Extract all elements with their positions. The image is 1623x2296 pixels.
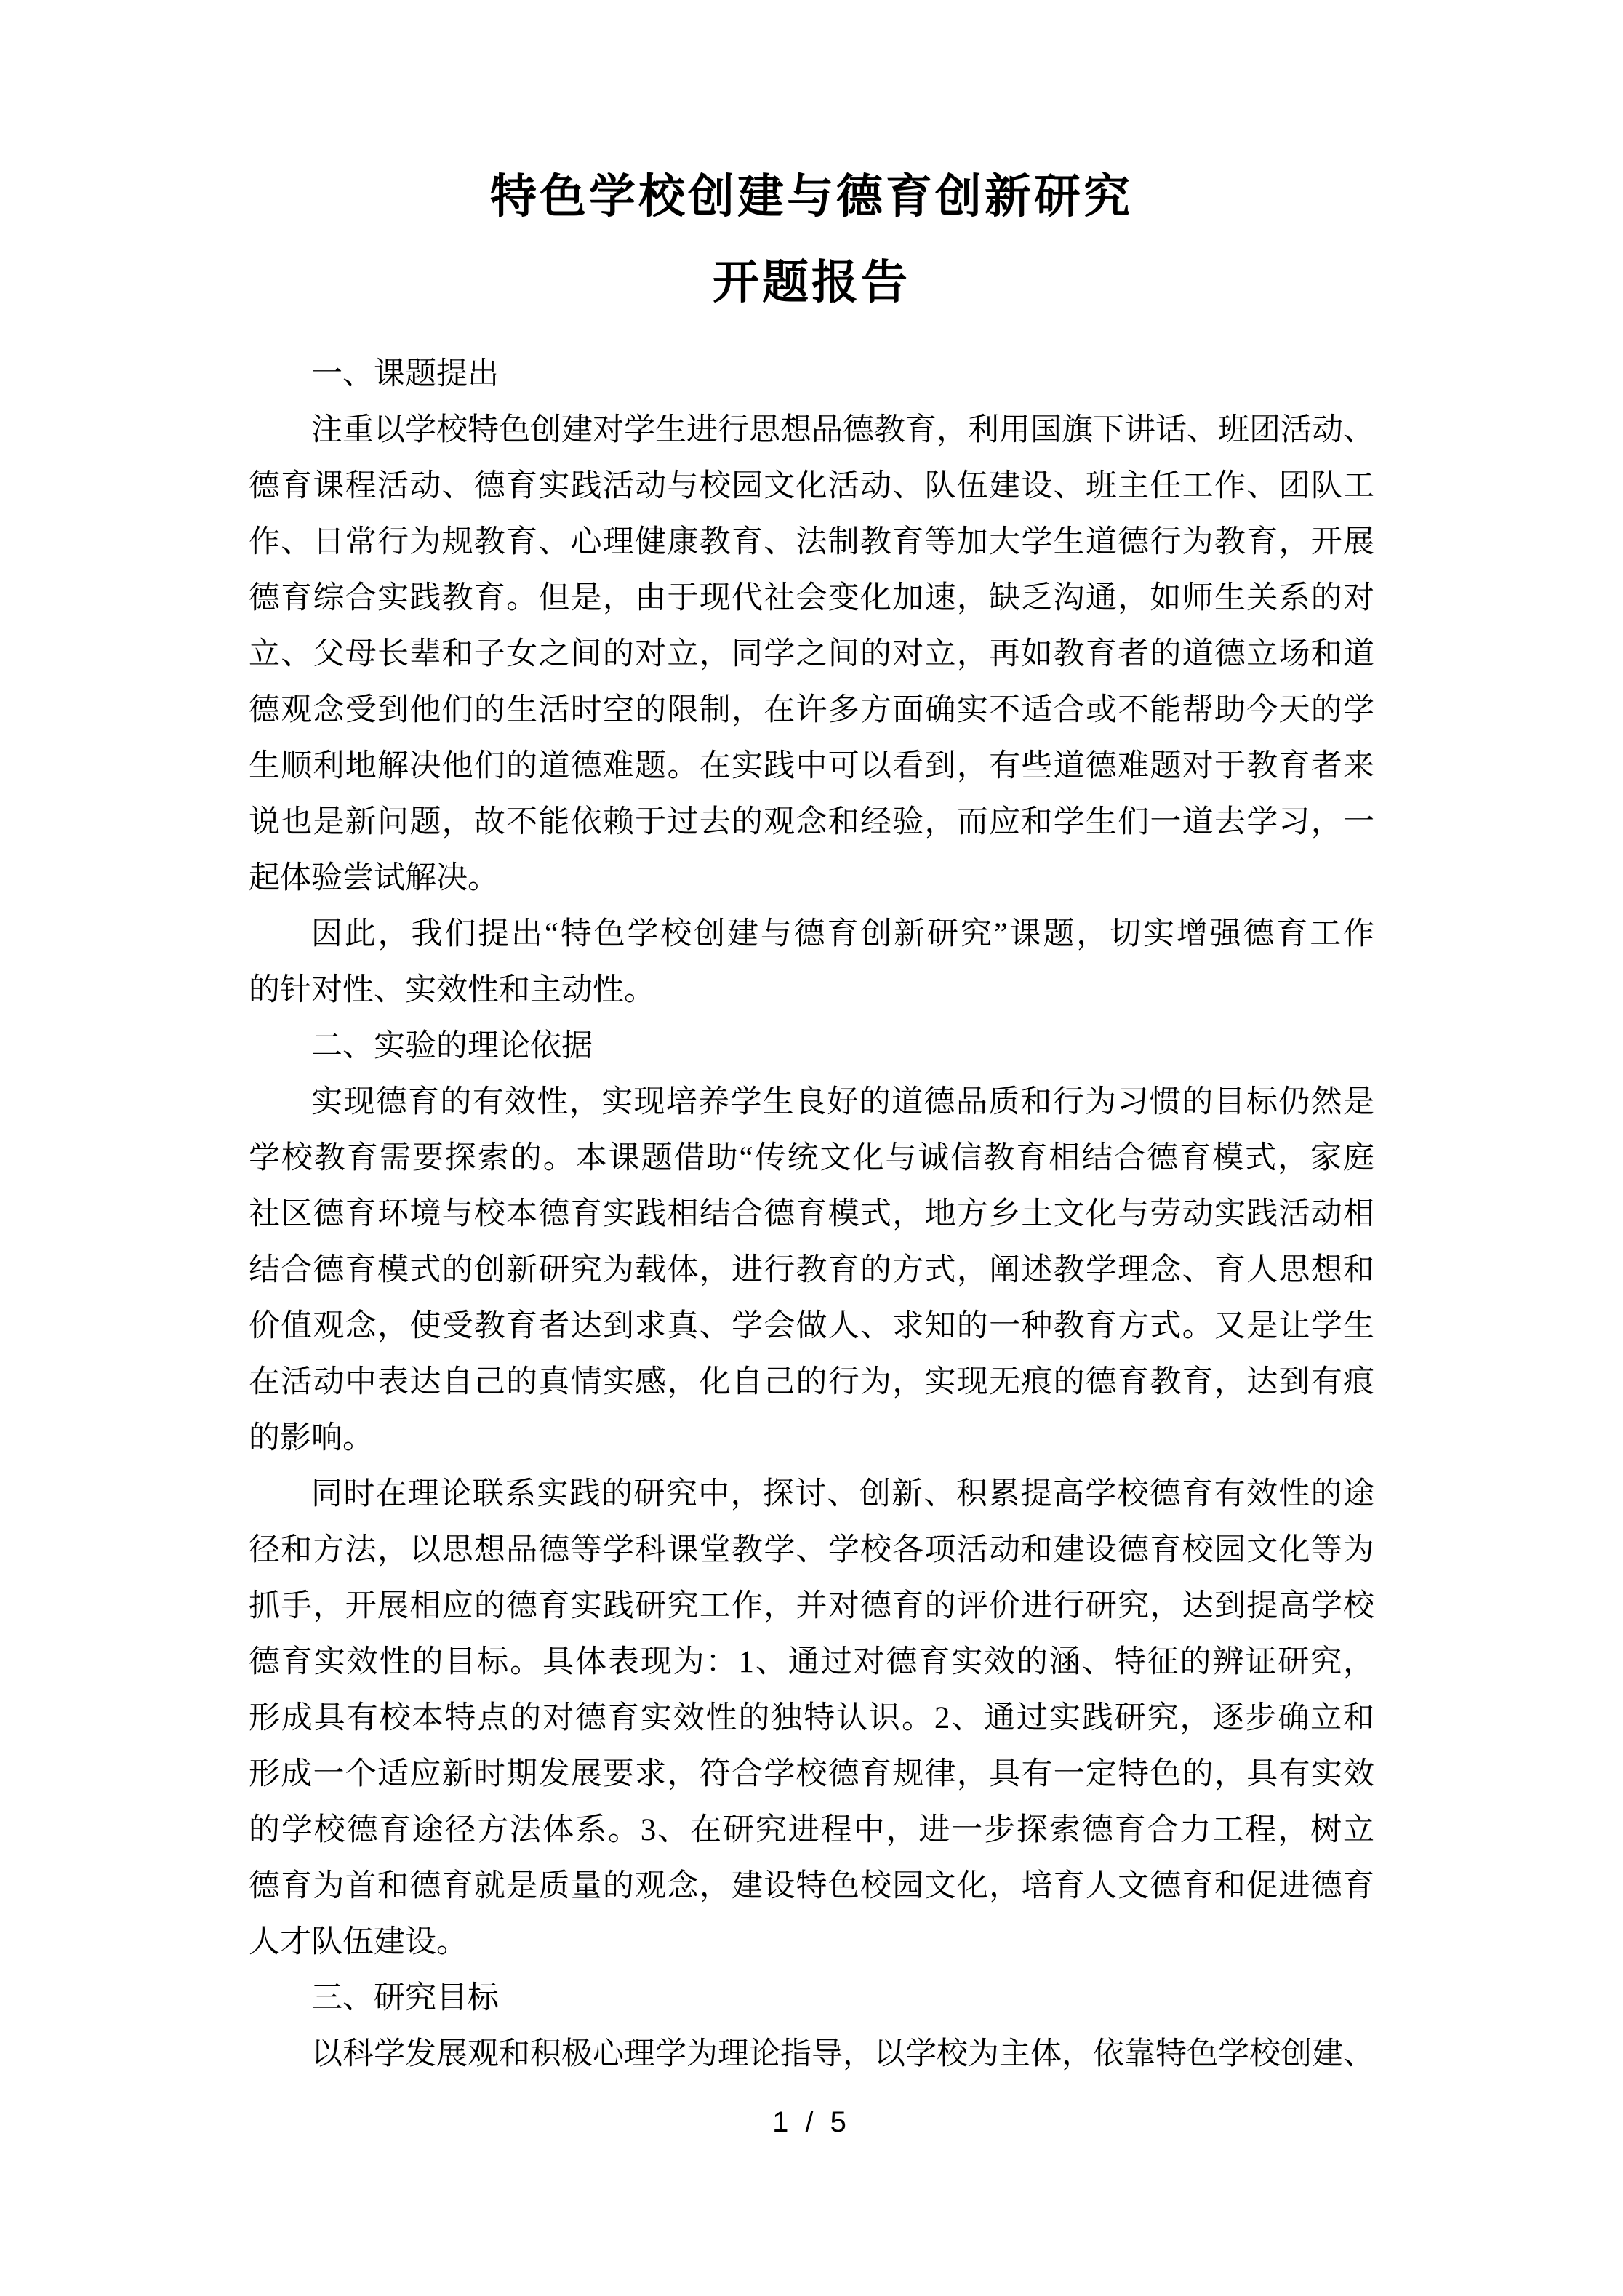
body-line: 德育课程活动、德育实践活动与校园文化活动、队伍建设、班主任工作、团队工 xyxy=(249,458,1374,514)
body-line: 形成具有校本特点的对德育实效性的独特认识。2、通过实践研究，逐步确立和 xyxy=(249,1690,1374,1746)
body-line: 德育实效性的目标。具体表现为：1、通过对德育实效的涵、特征的辨证研究， xyxy=(249,1634,1374,1690)
body-line: 形成一个适应新时期发展要求，符合学校德育规律，具有一定特色的，具有实效 xyxy=(249,1746,1374,1802)
document-body: 一、课题提出注重以学校特色创建对学生进行思想品德教育，利用国旗下讲话、班团活动、… xyxy=(249,346,1374,2082)
body-line: 结合德育模式的创新研究为载体，进行教育的方式，阐述教学理念、育人思想和 xyxy=(249,1242,1374,1298)
body-line: 抓手，开展相应的德育实践研究工作，并对德育的评价进行研究，达到提高学校 xyxy=(249,1578,1374,1634)
body-line: 德育为首和德育就是质量的观念，建设特色校园文化，培育人文德育和促进德育 xyxy=(249,1858,1374,1914)
body-line: 实现德育的有效性，实现培养学生良好的道德品质和行为习惯的目标仍然是 xyxy=(249,1074,1374,1130)
page-number: 1 / 5 xyxy=(0,2095,1623,2151)
body-line: 因此，我们提出“特色学校创建与德育创新研究”课题，切实增强德育工作 xyxy=(249,906,1374,962)
body-line: 社区德育环境与校本德育实践相结合德育模式，地方乡土文化与劳动实践活动相 xyxy=(249,1186,1374,1242)
body-line: 起体验尝试解决。 xyxy=(249,850,1374,906)
doc-title: 特色学校创建与德育创新研究 xyxy=(249,154,1374,240)
body-line: 德观念受到他们的生活时空的限制，在许多方面确实不适合或不能帮助今天的学 xyxy=(249,682,1374,738)
body-line: 说也是新问题，故不能依赖于过去的观念和经验，而应和学生们一道去学习，一 xyxy=(249,794,1374,850)
document-content: 特色学校创建与德育创新研究 开题报告 一、课题提出注重以学校特色创建对学生进行思… xyxy=(0,0,1623,2082)
body-line: 作、日常行为规教育、心理健康教育、法制教育等加大学生道德行为教育，开展 xyxy=(249,514,1374,570)
body-line: 注重以学校特色创建对学生进行思想品德教育，利用国旗下讲话、班团活动、 xyxy=(249,402,1374,458)
doc-subtitle: 开题报告 xyxy=(249,240,1374,326)
body-line: 生顺利地解决他们的道德难题。在实践中可以看到，有些道德难题对于教育者来 xyxy=(249,738,1374,794)
body-line: 在活动中表达自己的真情实感，化自己的行为，实现无痕的德育教育，达到有痕 xyxy=(249,1354,1374,1410)
body-line: 以科学发展观和积极心理学为理论指导，以学校为主体，依靠特色学校创建、 xyxy=(249,2026,1374,2082)
body-line: 立、父母长辈和子女之间的对立，同学之间的对立，再如教育者的道德立场和道 xyxy=(249,626,1374,682)
body-line: 学校教育需要探索的。本课题借助“传统文化与诚信教育相结合德育模式，家庭 xyxy=(249,1130,1374,1186)
body-line: 二、实验的理论依据 xyxy=(249,1018,1374,1074)
body-line: 德育综合实践教育。但是，由于现代社会变化加速，缺乏沟通，如师生关系的对 xyxy=(249,570,1374,626)
body-line: 径和方法，以思想品德等学科课堂教学、学校各项活动和建设德育校园文化等为 xyxy=(249,1522,1374,1578)
body-line: 三、研究目标 xyxy=(249,1970,1374,2026)
document-page: 特色学校创建与德育创新研究 开题报告 一、课题提出注重以学校特色创建对学生进行思… xyxy=(0,0,1623,2296)
body-line: 的学校德育途径方法体系。3、在研究进程中，进一步探索德育合力工程，树立 xyxy=(249,1802,1374,1858)
body-line: 同时在理论联系实践的研究中，探讨、创新、积累提高学校德育有效性的途 xyxy=(249,1466,1374,1522)
body-line: 的影响。 xyxy=(249,1410,1374,1466)
body-line: 的针对性、实效性和主动性。 xyxy=(249,962,1374,1018)
body-line: 一、课题提出 xyxy=(249,346,1374,402)
body-line: 价值观念，使受教育者达到求真、学会做人、求知的一种教育方式。又是让学生 xyxy=(249,1298,1374,1354)
body-line: 人才队伍建设。 xyxy=(249,1914,1374,1970)
